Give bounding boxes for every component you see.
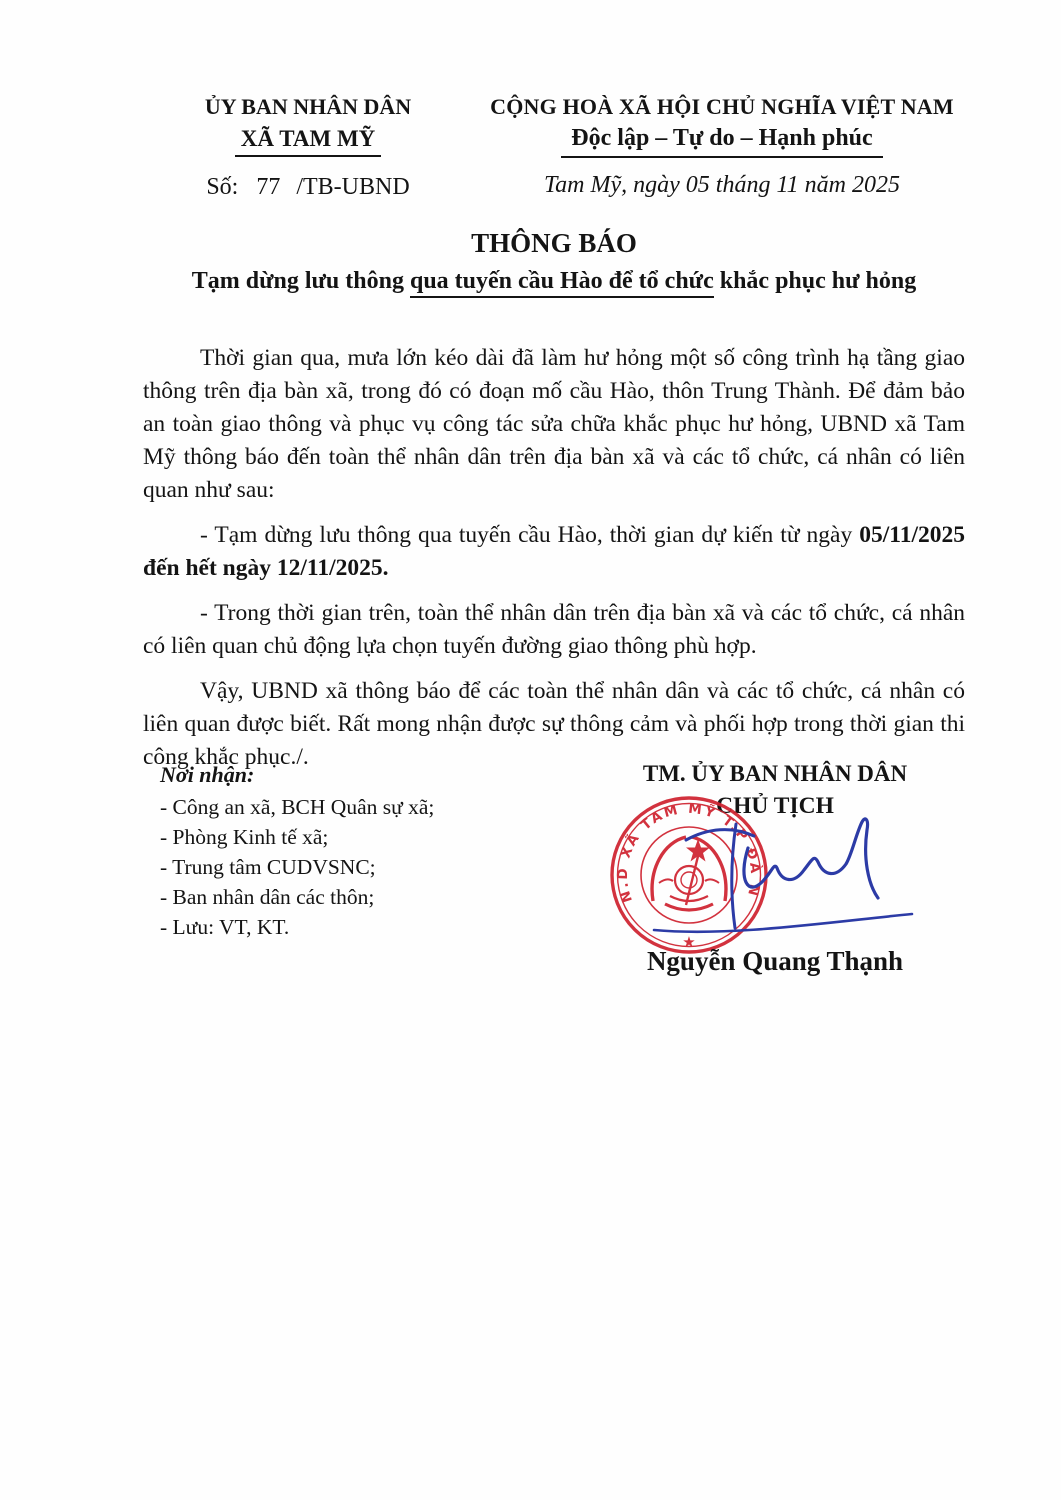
signer-name: Nguyễn Quang Thạnh	[555, 946, 995, 977]
recipient-item: - Phòng Kinh tế xã;	[160, 822, 490, 852]
org-name: XÃ TAM MỸ	[235, 126, 382, 157]
subtitle-prefix: Tạm dừng lưu thông	[192, 268, 410, 294]
national-motto-line1: CỘNG HOÀ XÃ HỘI CHỦ NGHĨA VIỆT NAM	[479, 92, 965, 122]
document-body: Thời gian qua, mưa lớn kéo dài đã làm hư…	[143, 342, 965, 786]
body-paragraph: - Trong thời gian trên, toàn thể nhân dâ…	[143, 597, 965, 663]
doc-number-label: Số:	[206, 174, 238, 200]
body-text: Thời gian qua, mưa lớn kéo dài đã làm hư…	[143, 345, 965, 503]
document-subtitle: Tạm dừng lưu thông qua tuyến cầu Hào để …	[143, 265, 965, 297]
document-title: THÔNG BÁO	[143, 226, 965, 260]
body-text: Vậy, UBND xã thông báo để các toàn thể n…	[143, 678, 965, 770]
national-header-block: CỘNG HOÀ XÃ HỘI CHỦ NGHĨA VIỆT NAM Độc l…	[479, 92, 965, 201]
doc-number-line: Số:77/TB-UBND	[143, 174, 473, 201]
document-page: ỦY BAN NHÂN DÂN XÃ TAM MỸ Số:77/TB-UBND …	[0, 0, 1061, 1500]
recipient-item: - Lưu: VT, KT.	[160, 912, 490, 942]
body-paragraph: Thời gian qua, mưa lớn kéo dài đã làm hư…	[143, 342, 965, 507]
subtitle-underlined: qua tuyến cầu Hào để tổ chức	[410, 268, 714, 298]
recipient-item: - Công an xã, BCH Quân sự xã;	[160, 792, 490, 822]
body-text: - Trong thời gian trên, toàn thể nhân dâ…	[143, 600, 965, 659]
subtitle-suffix: khắc phục hư hỏng	[714, 268, 917, 294]
national-motto-line2: Độc lập – Tự do – Hạnh phúc	[561, 125, 882, 158]
signature-authority-line: TM. ỦY BAN NHÂN DÂN	[555, 758, 995, 789]
recipients-list: - Công an xã, BCH Quân sự xã;- Phòng Kin…	[160, 792, 490, 942]
org-parent-name: ỦY BAN NHÂN DÂN	[143, 92, 473, 122]
recipient-item: - Trung tâm CUDVSNC;	[160, 852, 490, 882]
handwritten-signature-icon	[640, 810, 925, 940]
place-date-line: Tam Mỹ, ngày 05 tháng 11 năm 2025	[479, 172, 965, 199]
doc-number-value: 77	[256, 174, 280, 200]
title-block: THÔNG BÁO Tạm dừng lưu thông qua tuyến c…	[143, 226, 965, 297]
body-paragraph: - Tạm dừng lưu thông qua tuyến cầu Hào, …	[143, 519, 965, 585]
recipients-block: Nơi nhận: - Công an xã, BCH Quân sự xã;-…	[160, 760, 490, 942]
body-text: - Tạm dừng lưu thông qua tuyến cầu Hào, …	[200, 522, 859, 548]
recipient-item: - Ban nhân dân các thôn;	[160, 882, 490, 912]
issuing-authority-block: ỦY BAN NHÂN DÂN XÃ TAM MỸ Số:77/TB-UBND	[143, 92, 473, 201]
doc-number-suffix: /TB-UBND	[296, 174, 409, 200]
document-header: ỦY BAN NHÂN DÂN XÃ TAM MỸ Số:77/TB-UBND …	[143, 92, 965, 201]
recipients-heading: Nơi nhận:	[160, 760, 490, 790]
